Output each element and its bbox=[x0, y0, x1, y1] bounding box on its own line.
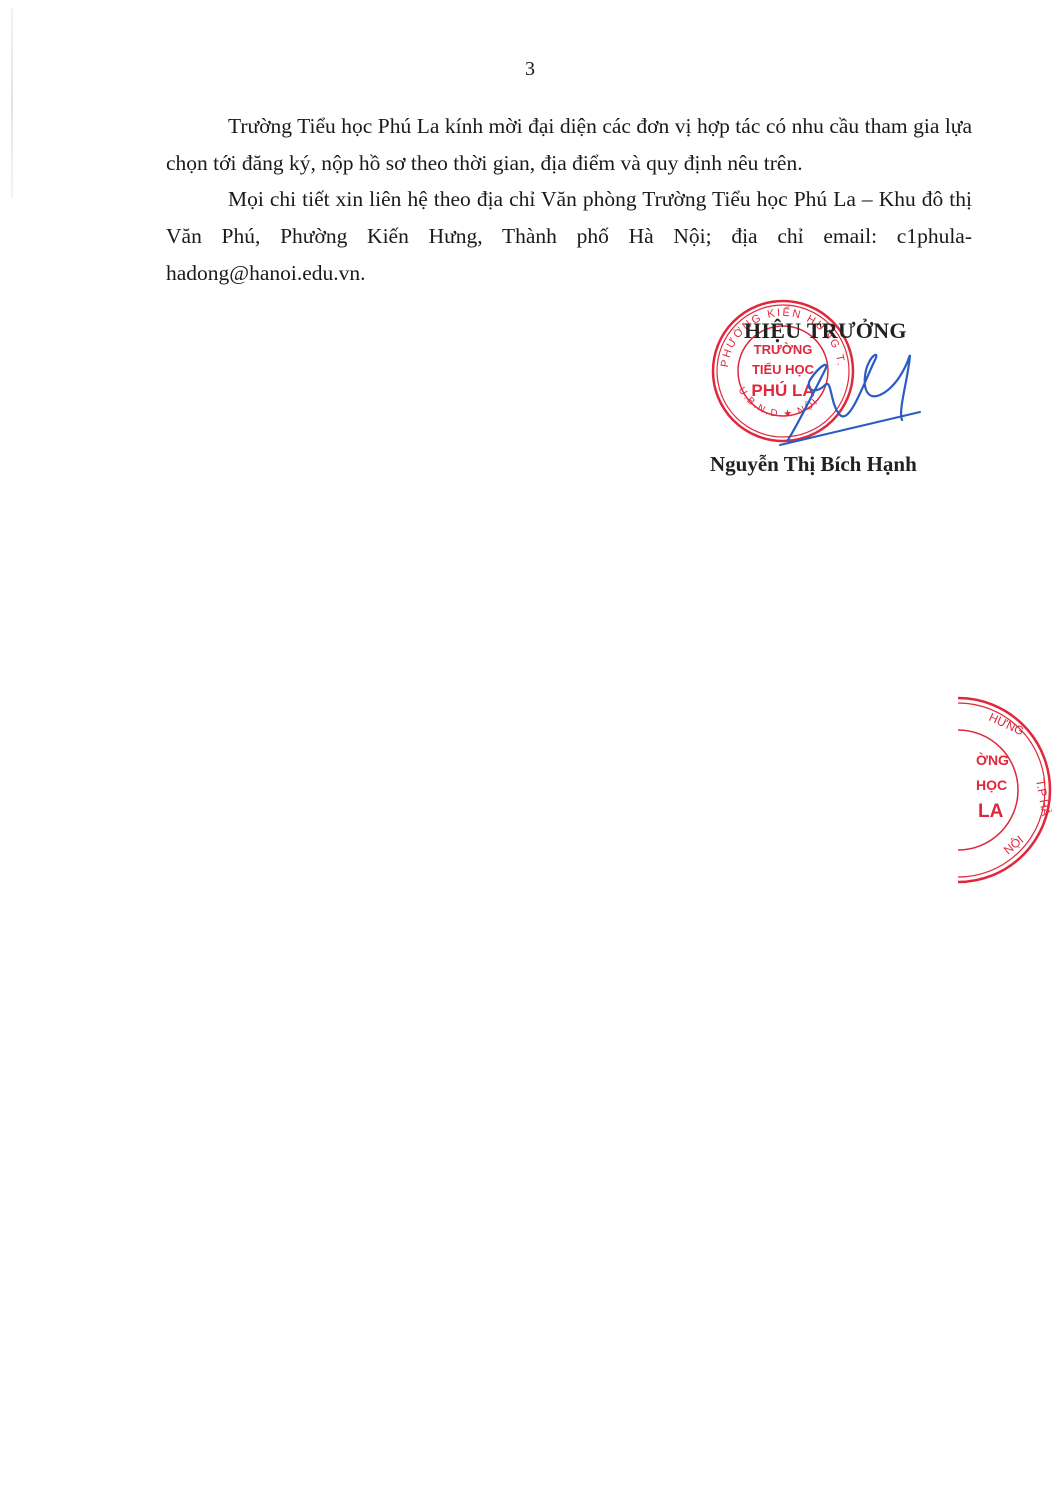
svg-text:LA: LA bbox=[978, 801, 1004, 822]
paragraph-contact: Mọi chi tiết xin liên hệ theo địa chỉ Vă… bbox=[166, 181, 972, 292]
partial-stamp-icon: ỜNG HỌC LA HƯNG T.P HÀ NỘI bbox=[958, 690, 1058, 890]
svg-text:HỌC: HỌC bbox=[976, 777, 1007, 793]
page-number: 3 bbox=[0, 58, 1060, 81]
svg-text:T.P HÀ: T.P HÀ bbox=[1033, 778, 1054, 817]
svg-text:HƯNG: HƯNG bbox=[987, 710, 1026, 738]
scan-edge bbox=[11, 8, 13, 198]
handwritten-signature-icon bbox=[770, 340, 930, 450]
signer-name: Nguyễn Thị Bích Hạnh bbox=[710, 452, 917, 477]
signature-block: PHƯỜNG KIẾN HƯNG T.P HÀ U.B.N.D ★ NỘI TR… bbox=[700, 300, 980, 490]
paragraph-invitation: Trường Tiểu học Phú La kính mời đại diện… bbox=[166, 108, 972, 182]
svg-text:ỜNG: ỜNG bbox=[976, 751, 1009, 768]
svg-text:NỘI: NỘI bbox=[1000, 832, 1026, 857]
partial-stamp: ỜNG HỌC LA HƯNG T.P HÀ NỘI bbox=[958, 690, 1060, 890]
